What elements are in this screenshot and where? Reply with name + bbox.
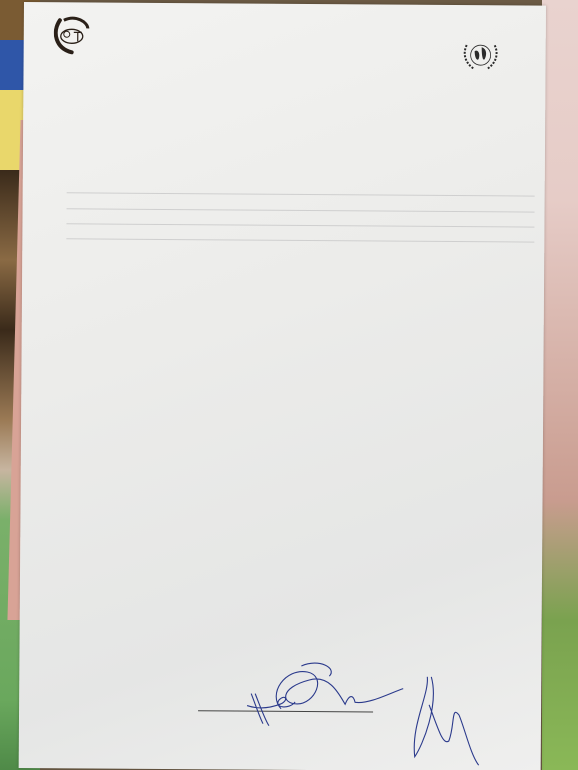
exam-meta (23, 126, 545, 130)
heart-rate-row (66, 238, 534, 256)
term-value (207, 219, 291, 220)
handwritten-signatures (19, 2, 546, 770)
examined-table (66, 342, 534, 345)
uterus-label (66, 233, 210, 234)
heart-rate-label (66, 248, 232, 249)
meta-datetime (23, 126, 545, 130)
background-right (542, 0, 578, 770)
page-subtitle (23, 108, 545, 112)
maternity-hospital-logo-icon (54, 14, 92, 54)
signature-line (198, 710, 373, 712)
meta-reg-number (23, 126, 545, 130)
findings-list (24, 2, 546, 6)
page-title (23, 91, 545, 95)
ultrasound-protocol-document (19, 2, 546, 770)
meta-exam-type (23, 126, 545, 130)
un-emblem-icon (461, 39, 501, 73)
meta-doctor (23, 126, 545, 130)
conclusion (68, 585, 86, 595)
term-label (66, 218, 204, 219)
